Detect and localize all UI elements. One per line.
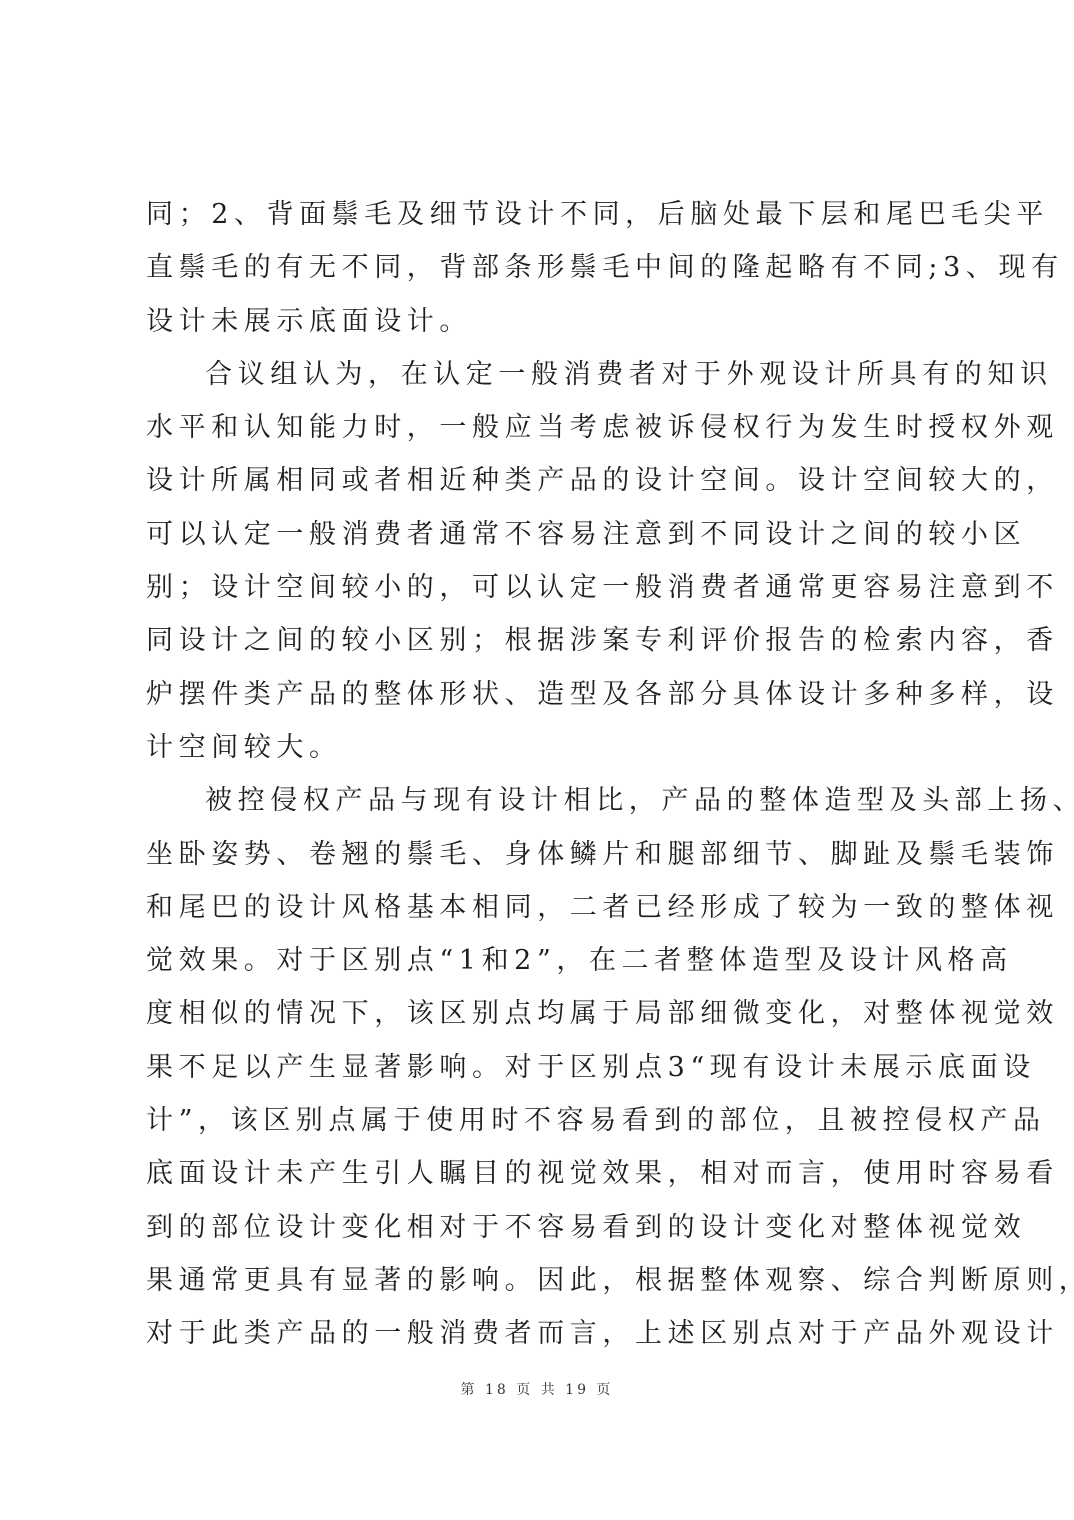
text-line: 到的部位设计变化相对于不容易看到的设计变化对整体视觉效 [146,1201,946,1254]
document-page: 同；2、背面鬃毛及细节设计不同，后脑处最下层和尾巴毛尖平直鬃毛的有无不同，背部条… [0,0,1074,1520]
text-line: 同；2、背面鬃毛及细节设计不同，后脑处最下层和尾巴毛尖平 [146,188,946,241]
text-line: 果通常更具有显著的影响。因此，根据整体观察、综合判断原则， [146,1254,946,1307]
text-line: 可以认定一般消费者通常不容易注意到不同设计之间的较小区 [146,508,946,561]
text-line: 底面设计未产生引人瞩目的视觉效果，相对而言，使用时容易看 [146,1147,946,1200]
paragraph-first-line: 被控侵权产品与现有设计相比，产品的整体造型及头部上扬、 [146,774,946,827]
text-line: 别；设计空间较小的，可以认定一般消费者通常更容易注意到不 [146,561,946,614]
text-line: 计”，该区别点属于使用时不容易看到的部位，且被控侵权产品 [146,1094,946,1147]
text-line: 觉效果。对于区别点“1和2”，在二者整体造型及设计风格高 [146,934,946,987]
text-line: 设计未展示底面设计。 [146,295,946,348]
paragraph-first-line: 合议组认为，在认定一般消费者对于外观设计所具有的知识 [146,348,946,401]
text-line: 对于此类产品的一般消费者而言，上述区别点对于产品外观设计 [146,1307,946,1360]
text-line: 炉摆件类产品的整体形状、造型及各部分具体设计多种多样，设 [146,668,946,721]
text-line: 果不足以产生显著影响。对于区别点3“现有设计未展示底面设 [146,1041,946,1094]
text-line: 度相似的情况下，该区别点均属于局部细微变化，对整体视觉效 [146,987,946,1040]
text-line: 设计所属相同或者相近种类产品的设计空间。设计空间较大的， [146,454,946,507]
text-line: 水平和认知能力时，一般应当考虑被诉侵权行为发生时授权外观 [146,401,946,454]
text-line: 和尾巴的设计风格基本相同，二者已经形成了较为一致的整体视 [146,881,946,934]
page-footer: 第 18 页 共 19 页 [0,1379,1074,1399]
text-line: 坐卧姿势、卷翘的鬃毛、身体鳞片和腿部细节、脚趾及鬃毛装饰 [146,828,946,881]
document-body: 同；2、背面鬃毛及细节设计不同，后脑处最下层和尾巴毛尖平直鬃毛的有无不同，背部条… [146,188,946,1361]
text-line: 计空间较大。 [146,721,946,774]
text-line: 同设计之间的较小区别；根据涉案专利评价报告的检索内容，香 [146,614,946,667]
text-line: 直鬃毛的有无不同，背部条形鬃毛中间的隆起略有不同;3、现有 [146,241,946,294]
